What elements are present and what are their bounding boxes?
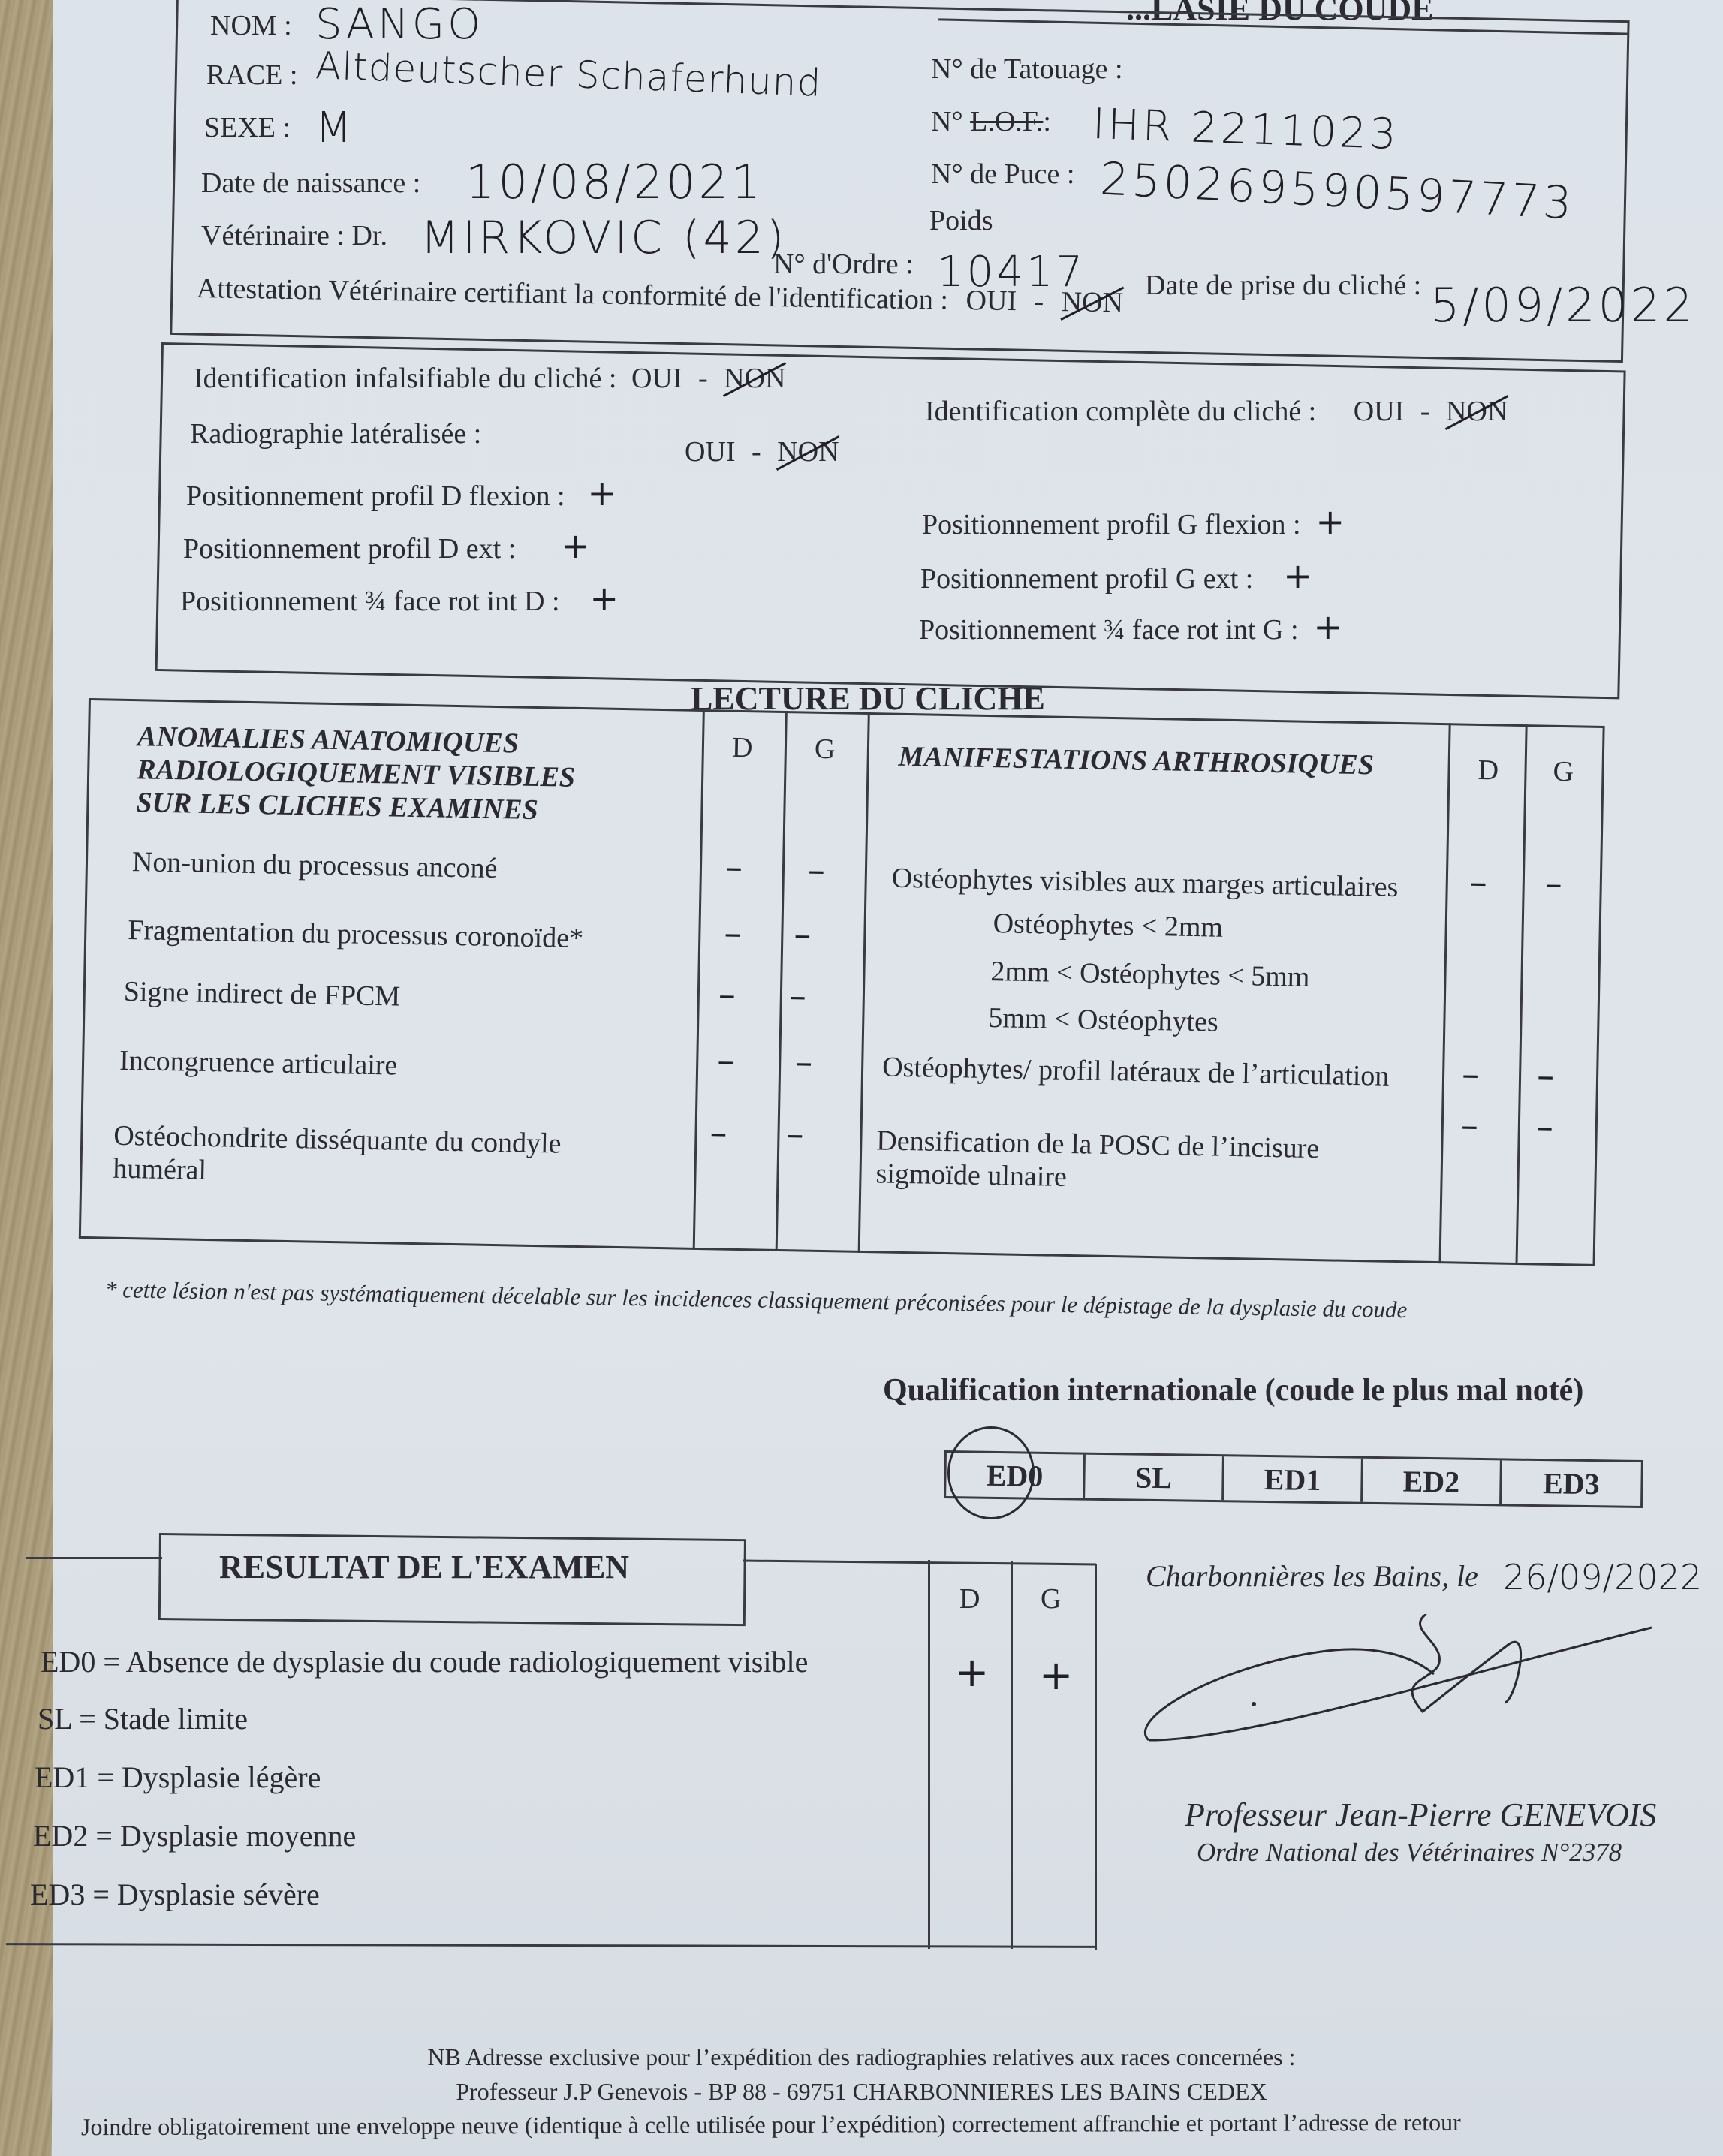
arthrosis-label-multiline: Densification de la POSC de l’incisure s… [875, 1124, 1319, 1198]
separator: - [1420, 396, 1430, 427]
separator: - [1034, 286, 1044, 318]
position-d-ext: Positionnement profil D ext :+ [183, 525, 590, 566]
result-ed2: ED2 = Dysplasie moyenne [33, 1818, 356, 1853]
result-ed0-g-mark[interactable]: + [1039, 1652, 1073, 1699]
attestation-non[interactable]: NON [1061, 285, 1123, 319]
qualification-grades: ED0 SL ED1 ED2 ED3 [944, 1450, 1643, 1508]
position-g-flexion: Positionnement profil G flexion :+ [922, 501, 1345, 542]
veterinaire-label: Vétérinaire : Dr. [201, 219, 387, 252]
grade-ed1[interactable]: ED1 [1224, 1456, 1363, 1502]
check-mark[interactable]: + [1316, 501, 1345, 542]
anomaly-label: Non-union du processus anconé [132, 845, 498, 885]
signature-drawing [1126, 1614, 1682, 1764]
anomaly-g-mark[interactable]: – [794, 914, 812, 954]
position-label: Positionnement ¾ face rot int D : [180, 586, 560, 617]
signatory-name: Professeur Jean-Pierre GENEVOIS [1185, 1796, 1656, 1834]
complete-oui[interactable]: OUI [1354, 396, 1405, 427]
complete-label: Identification complète du cliché : [925, 396, 1316, 427]
sexe-value: M [315, 104, 354, 152]
signature-date: 26/09/2022 [1503, 1557, 1702, 1597]
naissance-label: Date de naissance : [201, 167, 420, 200]
position-label: Positionnement ¾ face rot int G : [919, 614, 1299, 646]
anomaly-g-mark[interactable]: – [807, 850, 825, 890]
position-label: Positionnement profil G ext : [920, 563, 1253, 595]
anomaly-g-mark[interactable]: – [795, 1041, 813, 1082]
grade-ed3[interactable]: ED3 [1502, 1460, 1641, 1506]
qualification-title: Qualification internationale (coude le p… [883, 1372, 1583, 1408]
col-divider [1011, 1561, 1013, 1949]
result-ed0: ED0 = Absence de dysplasie du coude radi… [41, 1644, 808, 1679]
arthrosis-d-mark[interactable]: – [1462, 1054, 1480, 1095]
race-label: RACE : [206, 59, 297, 92]
footer-line-3: Joindre obligatoirement une enveloppe ne… [81, 2109, 1461, 2141]
divider [26, 1557, 162, 1559]
date-cliche-label: Date de prise du cliché : [1145, 269, 1421, 302]
col-g-header: G [1041, 1582, 1061, 1615]
result-ed3: ED3 = Dysplasie sévère [30, 1877, 320, 1912]
lateralisee-options: OUI - NON [685, 435, 839, 468]
col-divider [928, 1560, 930, 1949]
attestation-oui[interactable]: OUI [965, 285, 1017, 317]
position-d-rot: Positionnement ¾ face rot int D :+ [180, 578, 619, 619]
nom-value: SANGO [315, 0, 483, 49]
position-g-ext: Positionnement profil G ext :+ [920, 556, 1312, 596]
check-mark[interactable]: + [1283, 556, 1312, 596]
anomaly-d-mark[interactable]: – [725, 847, 743, 887]
anomaly-g-mark[interactable]: – [786, 1113, 804, 1154]
col-g-header: G [815, 733, 836, 766]
lateralisee-non[interactable]: NON [777, 435, 839, 468]
check-mark[interactable]: + [588, 473, 617, 513]
check-mark[interactable]: + [1314, 607, 1343, 647]
selected-grade-circle [947, 1426, 1035, 1519]
infalsifiable-oui[interactable]: OUI [631, 363, 682, 394]
arthrosis-sub-label: 5mm < Ostéophytes [988, 1001, 1218, 1039]
col-divider [1095, 1564, 1097, 1950]
lecture-table: ANOMALIES ANATOMIQUES RADIOLOGIQUEMENT V… [79, 698, 1605, 1266]
arthrosis-g-mark[interactable]: – [1535, 1106, 1553, 1146]
naissance-value: 10/08/2021 [465, 155, 764, 209]
position-label: Positionnement profil G flexion : [922, 509, 1301, 541]
result-ed0-d-mark[interactable]: + [955, 1649, 989, 1696]
anomaly-label: Signe indirect de FPCM [123, 975, 400, 1013]
position-d-flexion: Positionnement profil D flexion :+ [186, 473, 616, 513]
result-sl: SL = Stade limite [38, 1701, 248, 1736]
anomaly-d-mark[interactable]: – [717, 1040, 735, 1080]
anomaly-g-mark[interactable]: – [788, 975, 806, 1016]
complete-row: Identification complète du cliché : OUI … [925, 395, 1508, 428]
poids-label: Poids [929, 204, 993, 237]
anomaly-d-mark[interactable]: – [718, 974, 736, 1014]
arthrosis-d-mark[interactable]: – [1469, 862, 1487, 902]
arthrosis-d-mark[interactable]: – [1460, 1105, 1478, 1146]
lof-struck: L.O.F. [970, 106, 1043, 137]
footer-line-1: NB Adresse exclusive pour l’expédition d… [0, 2043, 1723, 2071]
puce-label: N° de Puce : [931, 158, 1074, 191]
lof-prefix: N° [931, 106, 963, 137]
arthrosis-g-mark[interactable]: – [1544, 863, 1562, 904]
col-g-header: G [1553, 755, 1574, 788]
arthrosis-g-mark[interactable]: – [1537, 1055, 1555, 1095]
lof-suffix: : [1043, 106, 1051, 137]
col-d-header: D [732, 731, 753, 764]
infalsifiable-row: Identification infalsifiable du cliché :… [194, 362, 785, 395]
signatory-ordre: Ordre National des Vétérinaires N°2378 [1197, 1838, 1622, 1868]
position-g-rot: Positionnement ¾ face rot int G :+ [919, 607, 1342, 647]
infalsifiable-label: Identification infalsifiable du cliché : [194, 363, 616, 394]
anomaly-label-multiline: Ostéochondrite disséquante du condyle hu… [113, 1119, 562, 1194]
arthrosis-sub-label: Ostéophytes < 2mm [993, 907, 1223, 944]
check-mark[interactable]: + [590, 578, 619, 619]
lateralisee-oui[interactable]: OUI [685, 436, 736, 468]
lof-label: N° L.O.F.: [931, 105, 1051, 138]
veterinaire-value: MIRKOVIC (42) [420, 212, 787, 264]
anomaly-d-mark[interactable]: – [709, 1112, 727, 1152]
anomaly-d-mark[interactable]: – [724, 913, 742, 953]
grade-sl[interactable]: SL [1085, 1455, 1224, 1501]
separator: - [752, 436, 761, 468]
anomaly-label: Incongruence articulaire [119, 1044, 398, 1083]
signature-place: Charbonnières les Bains, le [1146, 1558, 1478, 1594]
ordre-label: N° d'Ordre : [773, 248, 914, 281]
grade-ed2[interactable]: ED2 [1363, 1459, 1502, 1504]
anomalies-header: ANOMALIES ANATOMIQUES RADIOLOGIQUEMENT V… [136, 720, 576, 827]
col-d-header: D [1478, 754, 1499, 787]
footer-line-2: Professeur J.P Genevois - BP 88 - 69751 … [0, 2078, 1723, 2106]
tatouage-label: N° de Tatouage : [931, 53, 1123, 86]
resultat-title: RESULTAT DE L'EXAMEN [219, 1548, 629, 1586]
date-cliche-value: 5/09/2022 [1430, 278, 1696, 333]
check-mark[interactable]: + [561, 525, 590, 566]
result-ed1: ED1 = Dysplasie légère [35, 1760, 321, 1795]
complete-non[interactable]: NON [1446, 395, 1508, 428]
lateralisee-label: Radiographie latéralisée : [190, 417, 481, 450]
position-label: Positionnement profil D flexion : [186, 480, 565, 512]
arthrosis-sub-label: 2mm < Ostéophytes < 5mm [990, 955, 1310, 994]
separator: - [698, 363, 708, 394]
col-d-header: D [959, 1582, 980, 1615]
position-label: Positionnement profil D ext : [183, 533, 516, 565]
nom-label: NOM : [210, 9, 292, 42]
infalsifiable-non[interactable]: NON [724, 362, 785, 395]
sexe-label: SEXE : [204, 111, 291, 144]
